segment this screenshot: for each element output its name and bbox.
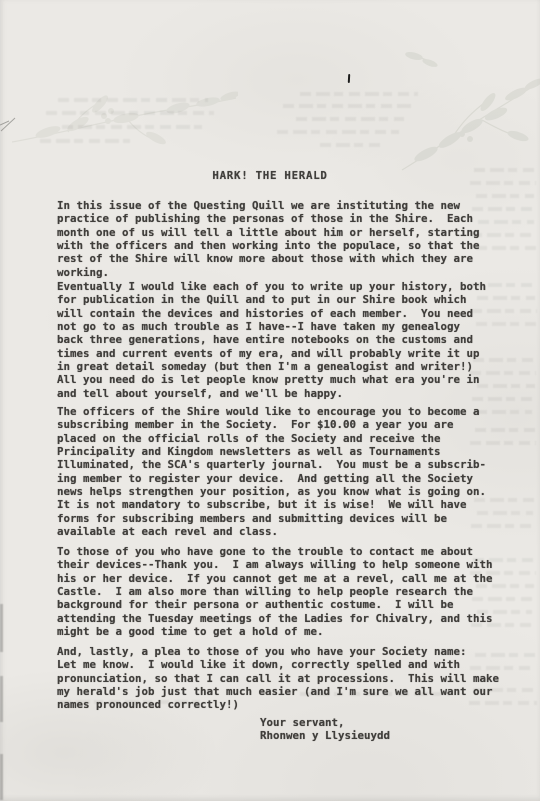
page-title: HARK! THE HERALD [50,169,490,182]
bleedthrough-text-line [283,104,415,108]
floral-bleedthrough-right [392,42,540,177]
signature-line-1: Your servant, [260,716,390,729]
signature-line-2: Rhonwen y Llysieuydd [260,729,390,742]
signature-block: Your servant, Rhonwen y Llysieuydd [260,716,390,743]
bleedthrough-text-line [472,207,536,211]
bleedthrough-text-line [300,92,418,96]
bleedthrough-text-line [471,233,536,237]
scan-edge-mark [0,676,3,722]
bleedthrough-text-line [320,143,380,147]
bleedthrough-text-line [62,125,202,129]
body-paragraph-3: The officers of the Shire would like to … [57,405,486,538]
scan-edge-mark [0,604,3,652]
body-paragraph-2: Eventually I would like each of you to w… [57,280,486,400]
body-paragraph-5: And, lastly, a plea to those of you who … [57,645,499,712]
scan-edge-mark [0,754,3,800]
bleedthrough-text-line [476,246,536,250]
bleedthrough-text-line [277,130,399,134]
bleedthrough-text-line [40,139,130,143]
bleedthrough-text-line [478,220,534,224]
bleedthrough-text-line [46,111,214,115]
bleedthrough-text-line [58,98,208,102]
scanned-page: HARK! THE HERALD In this issue of the Qu… [0,0,540,801]
bleedthrough-text-line [476,194,534,198]
pen-scribble [0,110,20,136]
bleedthrough-text-line [296,117,404,121]
floral-bleedthrough-left [8,80,238,158]
ink-speck [348,74,351,83]
body-paragraph-4: To those of you who have gone to the tro… [57,545,493,638]
body-paragraph-1: In this issue of the Questing Quill we a… [57,199,480,279]
